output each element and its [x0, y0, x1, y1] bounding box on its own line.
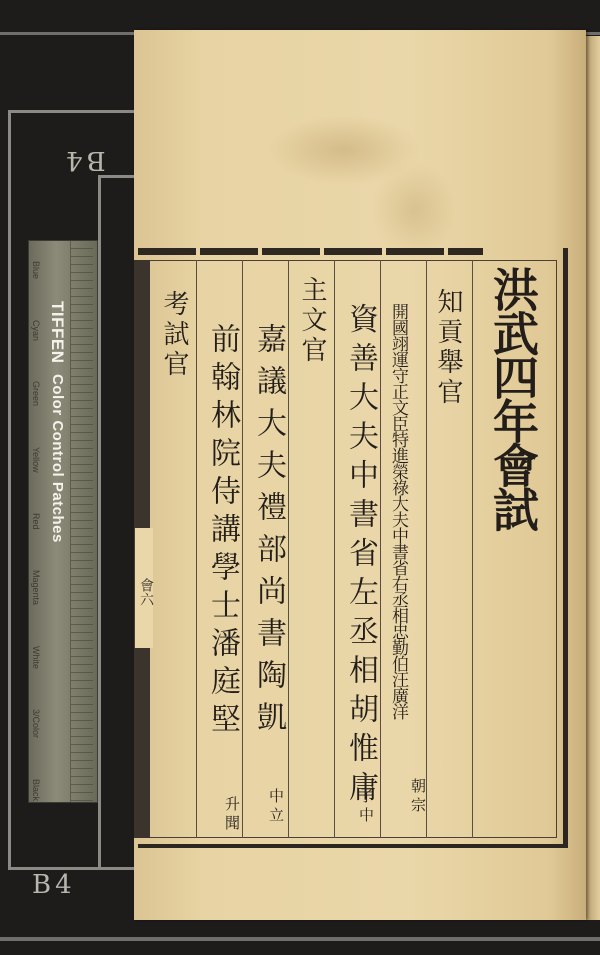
label-b4-top: B4: [62, 145, 106, 175]
label-b4-bottom: B4: [32, 870, 76, 900]
strip-title: Color Control Patches: [49, 374, 66, 543]
entry-note: 升聞: [222, 796, 243, 834]
patch-label: Red: [31, 513, 41, 530]
column-rule: [472, 260, 473, 838]
entry-hu-weiyong: 資善大夫中書省左丞相胡惟庸: [338, 303, 382, 810]
patch-label: White: [31, 646, 41, 669]
patch-labels: Blue Cyan Green Yellow Red Magenta White…: [31, 261, 41, 801]
brand-name: TIFFEN: [48, 301, 67, 364]
tiffen-logo: TIFFEN Color Control Patches: [47, 301, 67, 543]
document-title: 洪武四年會試: [480, 266, 546, 530]
patch-label: Blue: [31, 261, 41, 279]
margin-mark: 會六: [136, 578, 156, 606]
patch-label: Magenta: [31, 570, 41, 605]
heading-zhuwen: 主文官: [294, 276, 331, 366]
column-rule: [196, 260, 197, 838]
color-control-strip: Blue Cyan Green Yellow Red Magenta White…: [28, 240, 98, 803]
entry-note: 中立: [266, 788, 287, 826]
entry-pan-tingjian: 前翰林院侍講學士潘庭堅: [200, 323, 244, 741]
entry-note: 子中: [356, 788, 377, 826]
column-rule: [334, 260, 335, 838]
next-page-edge: [586, 36, 600, 920]
printed-block: 會六 洪武四年會試 知貢舉官 開國翊運守正文臣特進榮祿大夫中書省右丞相忠勤伯汪廣…: [138, 248, 568, 848]
strip-ruler: [70, 241, 93, 802]
entry-wang-guangyang: 開國翊運守正文臣特進榮祿大夫中書省右丞相忠勤伯汪廣洋: [386, 303, 411, 719]
mat-bottom-line: [0, 937, 600, 941]
entry-note: 朝宗: [408, 778, 429, 816]
block-top-border: [138, 248, 483, 255]
entry-tao-kai: 嘉議大夫禮部尚書陶凱: [246, 323, 290, 743]
document-page: 會六 洪武四年會試 知貢舉官 開國翊運守正文臣特進榮祿大夫中書省右丞相忠勤伯汪廣…: [134, 30, 586, 920]
heading-kaoshi: 考試官: [156, 290, 193, 380]
patch-label: Black: [31, 779, 41, 801]
heading-zhigongju: 知貢舉官: [430, 288, 467, 408]
patch-label: Yellow: [31, 447, 41, 473]
patch-label: Cyan: [31, 320, 41, 341]
patch-label: Green: [31, 381, 41, 406]
column-rule: [426, 260, 427, 838]
patch-label: 3/Color: [31, 709, 41, 738]
